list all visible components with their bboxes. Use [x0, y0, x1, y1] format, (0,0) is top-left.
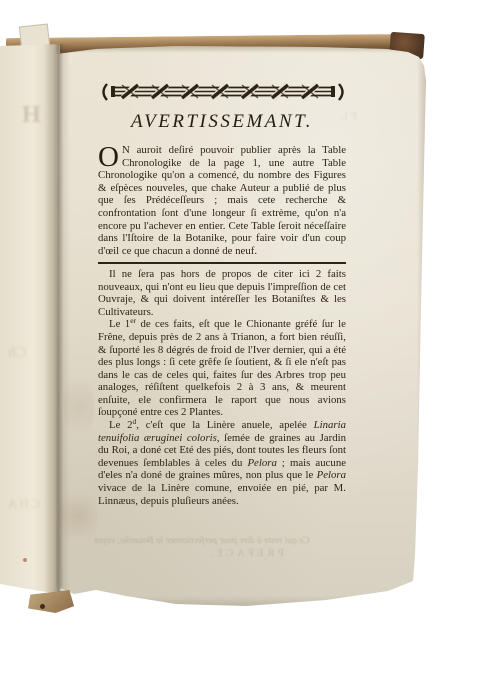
foxing-speck — [23, 558, 27, 562]
show-through-mark: CHA — [6, 496, 39, 512]
section-rule — [98, 262, 346, 264]
page-corner-curl — [28, 590, 74, 613]
book-page: PL SECONDE PARTIE Ce qui reste à dire po… — [56, 46, 426, 608]
drop-cap: O — [98, 144, 122, 169]
paragraph-3-lead: Le 1 — [109, 318, 130, 330]
paragraph-3: Le 1er de ces faits, eſt que le Chionant… — [98, 318, 346, 419]
body-text: ON auroit deſiré pouvoir publier après l… — [98, 144, 346, 507]
printed-content: AVERTISSEMANT. ON auroit deſiré pouvoir … — [98, 80, 346, 507]
paragraph-4-text: , c'eſt que la Linère anuele, apelée — [136, 419, 313, 431]
paragraph-1-text: N auroit deſiré pouvoir publier après la… — [98, 144, 346, 257]
braided-rule-ornament — [98, 82, 348, 102]
show-through-text: Ce qui reste à dire pour perfectionner l… — [94, 536, 310, 546]
paragraph-2: Il ne ſera pas hors de propos de citer i… — [98, 268, 346, 318]
paragraph-4: Le 2d, c'eſt que la Linère anuele, apelé… — [98, 419, 346, 507]
gutter-shadow — [44, 44, 70, 592]
page-title: AVERTISSEMANT. — [98, 111, 346, 133]
paragraph-4-text: vivace de la Linère comune, envoiée en p… — [98, 482, 346, 507]
show-through-mark: Ch — [8, 344, 27, 362]
paragraph-4-lead: Le 2 — [109, 419, 133, 431]
paragraph-1: ON auroit deſiré pouvoir publier après l… — [98, 144, 346, 257]
show-through-mark: H — [22, 102, 41, 129]
paragraph-2-text: Il ne ſera pas hors de propos de citer i… — [98, 268, 346, 318]
book-photo: H Ch CHA PL SECONDE PARTIE Ce qui reste … — [0, 0, 480, 700]
paragraph-3-text: de ces faits, eſt que le Chionante gréfé… — [98, 318, 346, 418]
page-right-shading — [417, 46, 426, 608]
show-through-text: PREFACE. — [206, 548, 284, 559]
latin-name: Pelora — [317, 469, 346, 481]
dark-speck — [40, 604, 45, 609]
latin-name: Pelora — [247, 457, 276, 469]
page-bottom-shading — [56, 596, 426, 608]
